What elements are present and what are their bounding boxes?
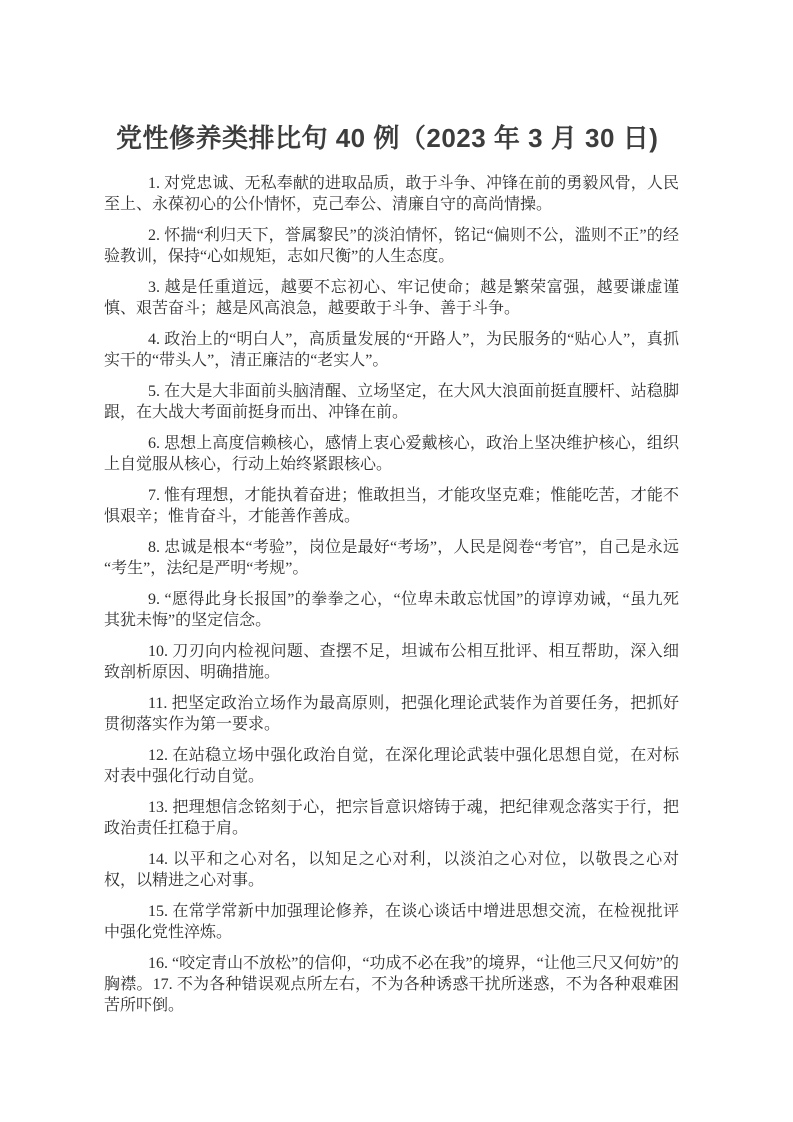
paragraph: 8. 忠诚是根本“考验”，岗位是最好“考场”，人民是阅卷“考官”，自己是永远“考… [104, 537, 679, 579]
paragraph: 3. 越是任重道远，越要不忘初心、牢记使命；越是繁荣富强，越要谦虚谨慎、艰苦奋斗… [104, 277, 679, 319]
paragraph: 4. 政治上的“明白人”，高质量发展的“开路人”，为民服务的“贴心人”，真抓实干… [104, 329, 679, 371]
paragraph: 2. 怀揣“利归天下，誉属黎民”的淡泊情怀，铭记“偏则不公，滥则不正”的经验教训… [104, 225, 679, 267]
paragraph: 10. 刀刃向内检视问题、查摆不足，坦诚布公相互批评、相互帮助，深入细致剖析原因… [104, 641, 679, 683]
paragraph: 6. 思想上高度信赖核心，感情上衷心爱戴核心，政治上坚决维护核心，组织上自觉服从… [104, 433, 679, 475]
paragraph: 1. 对党忠诚、无私奉献的进取品质，敢于斗争、冲锋在前的勇毅风骨，人民至上、永葆… [104, 173, 679, 215]
paragraph: 5. 在大是大非面前头脑清醒、立场坚定，在大风大浪面前挺直腰杆、站稳脚跟，在大战… [104, 381, 679, 423]
paragraph: 9. “愿得此身长报国”的拳拳之心，“位卑未敢忘忧国”的谆谆劝诫，“虽九死其犹未… [104, 589, 679, 631]
paragraph: 11. 把坚定政治立场作为最高原则，把强化理论武装作为首要任务，把抓好贯彻落实作… [104, 693, 679, 735]
document-body: 1. 对党忠诚、无私奉献的进取品质，敢于斗争、冲锋在前的勇毅风骨，人民至上、永葆… [104, 173, 679, 1016]
page-title: 党性修养类排比句 40 例（2023 年 3 月 30 日) [116, 122, 679, 155]
paragraph: 12. 在站稳立场中强化政治自觉，在深化理论武装中强化思想自觉，在对标对表中强化… [104, 745, 679, 787]
paragraph: 14. 以平和之心对名，以知足之心对利，以淡泊之心对位，以敬畏之心对权，以精进之… [104, 849, 679, 891]
paragraph: 13. 把理想信念铭刻于心，把宗旨意识熔铸于魂，把纪律观念落实于行，把政治责任扛… [104, 797, 679, 839]
document-page: 党性修养类排比句 40 例（2023 年 3 月 30 日) 1. 对党忠诚、无… [0, 0, 793, 1122]
paragraph: 16. “咬定青山不放松”的信仰，“功成不必在我”的境界，“让他三尺又何妨”的胸… [104, 953, 679, 1016]
paragraph: 7. 惟有理想，才能执着奋进；惟敢担当，才能攻坚克难；惟能吃苦，才能不惧艰辛；惟… [104, 485, 679, 527]
paragraph: 15. 在常学常新中加强理论修养，在谈心谈话中增进思想交流，在检视批评中强化党性… [104, 901, 679, 943]
